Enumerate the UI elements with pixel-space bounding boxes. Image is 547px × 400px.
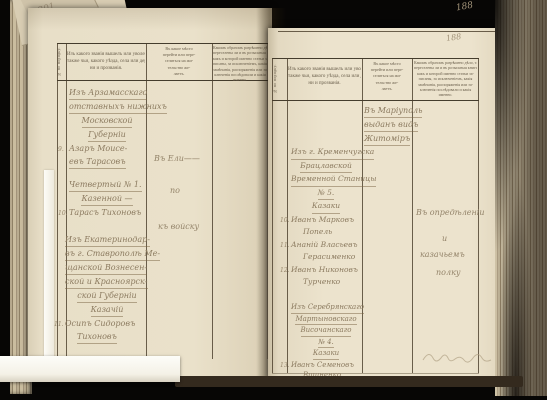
page-top-rule bbox=[278, 31, 518, 32]
book-photo-scene: 201 № по порядку. Изъ какого званія выше… bbox=[0, 0, 547, 400]
handwritten-line: Изъ г. Кременчугска bbox=[291, 146, 361, 160]
entry-number: 11. bbox=[280, 240, 290, 253]
handwritten-line: Житоміръ bbox=[364, 132, 410, 146]
entry-number: 9. bbox=[58, 143, 64, 156]
right-resolution-note-4: полку bbox=[436, 268, 460, 277]
left-resolution-note-1: Въ Ели—— bbox=[154, 154, 200, 163]
printed-header-line: селиться на жи- bbox=[147, 58, 211, 64]
printed-header-line: также чьи, какого уѣзда, села или дерев- bbox=[67, 58, 145, 65]
right-destination-notes: Въ Маріупольвыданъ видъЖитоміръ bbox=[364, 104, 410, 146]
handwritten-line: Казачій bbox=[65, 303, 149, 317]
entry-number: 12. bbox=[280, 265, 290, 278]
handwritten-line: Изъ Екатеринодар- bbox=[65, 233, 149, 247]
right-col3-header: Въ какое мѣстоперейти или пере-селиться … bbox=[363, 61, 411, 92]
left-resolution-note-3: къ войску bbox=[158, 222, 199, 231]
right-entry-block-1: Изъ г. КременчугскаБрацлавскойВременной … bbox=[291, 146, 361, 289]
white-paper-strip bbox=[0, 356, 180, 382]
handwritten-line: Изъ Арзамасскаго bbox=[69, 86, 145, 100]
left-col2-header: Изъ какого званія вышелъ или уволенъ,так… bbox=[67, 51, 145, 72]
left-entry-block-1: Изъ Арзамасскагоотставныхъ нижнихъМосков… bbox=[69, 86, 145, 169]
handwritten-line: Казаки bbox=[291, 200, 361, 214]
handwritten-line: Московской bbox=[69, 114, 145, 128]
bookmark-paper-strip bbox=[44, 170, 54, 370]
right-col2-header: Изъ какого званія вышелъ или уволенъ,так… bbox=[288, 66, 361, 87]
handwritten-line: ской и Красноярск- bbox=[65, 275, 149, 289]
entry-number: 10. bbox=[280, 215, 290, 228]
handwritten-line: Казенной — bbox=[69, 192, 145, 206]
handwritten-line: въ г. Ставрополѣ Ме- bbox=[65, 247, 149, 261]
handwritten-line: щанской Вознесен- bbox=[65, 261, 149, 275]
handwritten-line: Мартыновскаго bbox=[291, 314, 361, 326]
right-col1-header: № по порядку. bbox=[273, 60, 286, 98]
printed-header-line: ни и прозванія. bbox=[288, 80, 361, 87]
left-col3-header: Въ какое мѣстоперейти или пере-селиться … bbox=[147, 46, 211, 77]
book-bottom-edge bbox=[175, 376, 523, 387]
handwritten-line: Брацлавской bbox=[291, 160, 361, 174]
handwritten-line: 11.Осипъ Сидоровъ bbox=[65, 317, 149, 330]
handwritten-line: ской Губерніи bbox=[65, 289, 149, 303]
printed-header-line: Изъ какого званія вышелъ или уволенъ, bbox=[288, 66, 361, 73]
entry-number: 13. bbox=[280, 361, 290, 372]
entry-number: 10. bbox=[58, 207, 68, 220]
handwritten-line: 10.Иванъ Марковъ bbox=[291, 214, 361, 227]
handwritten-line: Турченко bbox=[303, 276, 361, 289]
handwritten-line: Попель bbox=[303, 226, 361, 239]
handwritten-line: Герасименко bbox=[303, 251, 361, 264]
handwritten-line: отставныхъ нижнихъ bbox=[69, 100, 145, 114]
printed-header-line: Изъ какого званія вышелъ или уволенъ, bbox=[67, 51, 145, 58]
right-resolution-note-2: и bbox=[442, 234, 447, 243]
handwritten-line: Четвертый № 1. bbox=[69, 178, 145, 192]
handwritten-line: Губерніи bbox=[69, 128, 145, 142]
printed-header-line: именно. bbox=[414, 92, 477, 97]
left-page: № по порядку. Изъ какого званія вышелъ и… bbox=[28, 8, 272, 378]
handwritten-line: № 4. bbox=[291, 337, 361, 349]
right-page: 188 № по порядку. Изъ какого званія выше… bbox=[268, 28, 522, 378]
handwritten-line: Въ Маріуполь bbox=[364, 104, 410, 118]
pencil-folio-number: 188 bbox=[445, 32, 461, 43]
handwritten-line: 11.Ананій Власьевъ bbox=[291, 239, 361, 252]
left-entry-block-3: Изъ Екатеринодар-въ г. Ставрополѣ Ме-щан… bbox=[65, 233, 149, 344]
handwritten-line: 13.Иванъ Семеновъ bbox=[291, 360, 361, 371]
left-col1-header: № по порядку. bbox=[57, 45, 66, 79]
right-col4-header: Какимъ образомъ разрѣшено дѣло, т. е.пер… bbox=[414, 60, 477, 98]
handwritten-line: евъ Тарасовъ bbox=[69, 155, 145, 169]
printed-header-line: ни и прозванія. bbox=[67, 65, 145, 72]
handwritten-line: 12.Иванъ Никоновъ bbox=[291, 264, 361, 277]
right-resolution-note-1: Въ опредѣленіи bbox=[416, 208, 485, 217]
printed-header-line: Въ какое мѣсто bbox=[147, 46, 211, 52]
handwritten-line: 9.Азаръ Моисе- bbox=[69, 142, 145, 155]
left-entry-block-2: Четвертый № 1.Казенной —10.Тарасъ Тихоно… bbox=[69, 178, 145, 219]
printed-header-line: лаетъ. bbox=[363, 86, 411, 92]
handwritten-line: № 5. bbox=[291, 187, 361, 201]
handwritten-line: Тихоновъ bbox=[77, 330, 149, 344]
handwritten-line: Казаки bbox=[291, 348, 361, 360]
handwritten-line: 10.Тарасъ Тихоновъ bbox=[69, 206, 145, 219]
signature-scribble-icon bbox=[420, 344, 494, 370]
handwritten-line: Изъ Серебрянскаго bbox=[291, 302, 361, 314]
handwritten-line: Височанскаго bbox=[291, 325, 361, 337]
pencil-folio-number-top: 188 bbox=[455, 1, 474, 14]
right-resolution-note-3: казачьемъ bbox=[420, 250, 465, 259]
page-edges-right bbox=[495, 0, 547, 396]
handwritten-line: Временной Станицы bbox=[291, 173, 361, 187]
right-entry-block-2: Изъ СеребрянскагоМартыновскагоВисочанска… bbox=[291, 302, 361, 381]
left-resolution-note-2: по bbox=[170, 186, 180, 195]
printed-header-line: перейти или пере- bbox=[147, 52, 211, 58]
printed-header-line: также чьи, какого уѣзда, села или дерев- bbox=[288, 73, 361, 80]
handwritten-line: выданъ видъ bbox=[364, 118, 410, 132]
printed-header-line: тельство же- bbox=[147, 65, 211, 71]
entry-number: 11. bbox=[54, 318, 64, 331]
printed-header-line: лаетъ. bbox=[147, 71, 211, 77]
